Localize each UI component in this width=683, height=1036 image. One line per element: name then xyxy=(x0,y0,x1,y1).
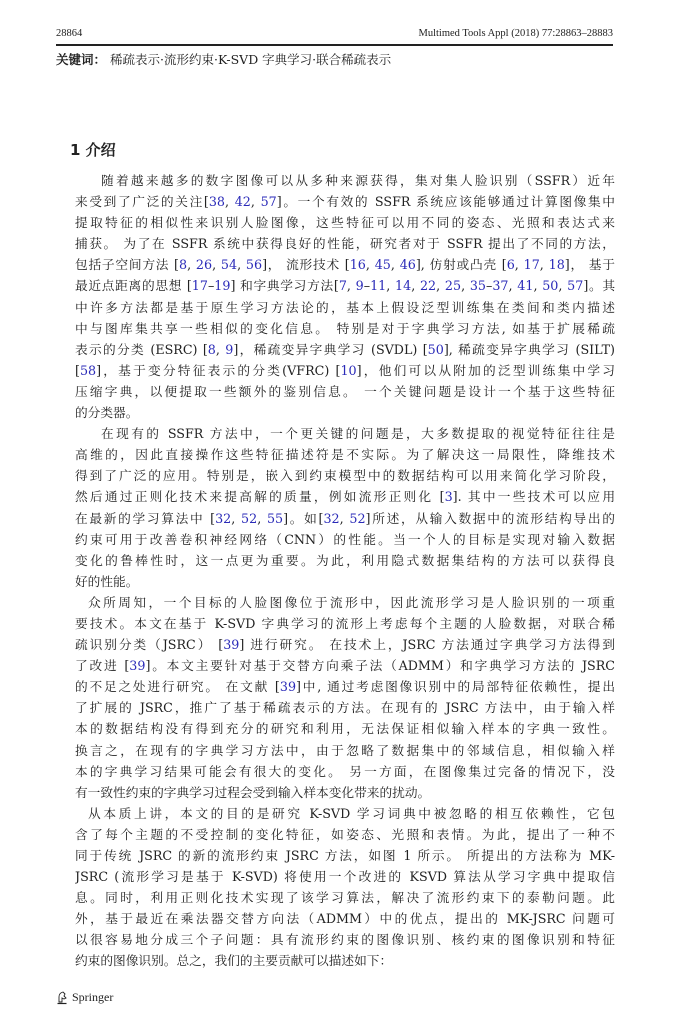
citation-link[interactable]: 42 xyxy=(235,194,251,209)
text-line: 本的字典学习结果可能会有很大的变化。 另一方面，在图像集过完备的情况下，没 xyxy=(75,761,615,782)
text-line: 变化的鲁棒性时，这一点更为重要。为此，利用隐式数据集结构的方法可以获得良 xyxy=(75,550,615,571)
publisher-name: Springer xyxy=(72,990,113,1005)
text-line: [58]，基于变分特征表示的分类(VFRC) [10]，他们可以从附加的泛型训练… xyxy=(75,360,615,381)
text-line: 包括子空间方法 [8, 26, 54, 56]， 流形技术 [16, 45, 4… xyxy=(75,254,615,275)
text-line: 以很容易地分成三个子问题：具有流形约束的图像识别、核约束的图像识别和特征 xyxy=(75,929,615,950)
text-line: 约束可用于改善卷积神经网络（CNN）的性能。当一个人的目标是实现对输入数据 xyxy=(75,529,615,550)
citation-link[interactable]: 8 xyxy=(179,257,187,272)
text-line: 在最新的学习算法中 [32, 52, 55]。如[32, 52]所述，从输入数据… xyxy=(75,508,615,529)
citation-link[interactable]: 54 xyxy=(221,257,237,272)
text-line: 然后通过正则化技术来提高解的质量，例如流形正则化 [3]. 其中一些技术可以应用 xyxy=(75,486,615,507)
citation-link[interactable]: 57 xyxy=(567,278,583,293)
keywords: 关键词： 稀疏表示·流形约束·K-SVD 字典学习·联合稀疏表示 xyxy=(56,50,391,68)
citation-link[interactable]: 16 xyxy=(350,257,366,272)
text-line: 最近点距离的思想 [17–19] 和字典学习方法[7, 9–11, 14, 22… xyxy=(75,275,615,296)
citation-link[interactable]: 6 xyxy=(507,257,515,272)
citation-link[interactable]: 39 xyxy=(129,658,145,673)
text-line: 的分类器。 xyxy=(75,402,615,423)
citation-link[interactable]: 14 xyxy=(395,278,411,293)
citation-link[interactable]: 22 xyxy=(420,278,436,293)
citation-link[interactable]: 41 xyxy=(517,278,533,293)
text-line: 含了每个主题的不受控制的变化特征，如姿态、光照和表情。为此，提出了一种不 xyxy=(75,824,615,845)
text-line: 表示的分类 (ESRC) [8, 9]，稀疏变异字典学习 (SVDL) [50]… xyxy=(75,339,615,360)
citation-link[interactable]: 32 xyxy=(215,511,231,526)
text-line: 来受到了广泛的关注[38, 42, 57]。一个有效的 SSFR 系统应该能够通… xyxy=(75,191,615,212)
text-line: 提取特征的相似性来识别人脸图像，这些特征可以用不同的姿态、光照和表达式来 xyxy=(75,212,615,233)
citation-link[interactable]: 10 xyxy=(340,363,356,378)
header-rule xyxy=(56,44,613,46)
citation-link[interactable]: 11 xyxy=(370,278,386,293)
text-line: 外，基于最近在乘法器交替方向法（ADMM）中的优点，提出的 MK-JSRC 问题… xyxy=(75,908,615,929)
citation-link[interactable]: 58 xyxy=(80,363,96,378)
text-line: JSRC (流形学习是基于 K-SVD) 将使用一个改进的 KSVD 算法从学习… xyxy=(75,866,615,887)
text-line: 了改进 [39]。本文主要针对基于交替方向乘子法（ADMM）和字典学习方法的 J… xyxy=(75,655,615,676)
text-line: 约束的图像识别。总之，我们的主要贡献可以描述如下： xyxy=(75,950,615,971)
text-line: 随着越来越多的数字图像可以从多种来源获得，集对集人脸识别（SSFR）近年 xyxy=(75,170,615,191)
citation-link[interactable]: 9 xyxy=(225,342,233,357)
springer-knight-icon xyxy=(56,991,68,1005)
citation-link[interactable]: 32 xyxy=(323,511,339,526)
citation-link[interactable]: 17 xyxy=(524,257,540,272)
running-header: 28864 Multimed Tools Appl (2018) 77:2886… xyxy=(56,28,613,44)
citation-link[interactable]: 26 xyxy=(196,257,212,272)
footer: Springer xyxy=(56,990,113,1005)
citation-link[interactable]: 56 xyxy=(246,257,262,272)
text-line: 了扩展的 JSRC，推广了基于稀疏表示的方法。在现有的 JSRC 方法中，由于输… xyxy=(75,697,615,718)
citation-link[interactable]: 9 xyxy=(356,278,364,293)
citation-link[interactable]: 57 xyxy=(261,194,277,209)
text-line: 的不足之处进行研究。 在文献 [39]中, 通过考虑图像识别中的局部特征依赖性，… xyxy=(75,676,615,697)
citation-link[interactable]: 55 xyxy=(267,511,283,526)
citation-link[interactable]: 38 xyxy=(209,194,225,209)
text-line: 捕获。 为了在 SSFR 系统中获得良好的性能，研究者对于 SSFR 提出了不同… xyxy=(75,233,615,254)
text-line: 在现有的 SSFR 方法中，一个更关键的问题是，大多数提取的视觉特征往往是 xyxy=(75,423,615,444)
text-line: 本的数据结构没有得到充分的研究和利用，无法保证相似输入样本的字典一致性。 xyxy=(75,718,615,739)
citation-link[interactable]: 18 xyxy=(549,257,565,272)
body-text: 随着越来越多的数字图像可以从多种来源获得，集对集人脸识别（SSFR）近年来受到了… xyxy=(75,170,615,972)
citation-link[interactable]: 7 xyxy=(339,278,347,293)
text-line: 好的性能。 xyxy=(75,571,615,592)
citation-link[interactable]: 17 xyxy=(192,278,208,293)
citation-link[interactable]: 39 xyxy=(223,637,239,652)
text-line: 得到了广泛的应用。特别是，嵌入到约束模型中的数据结构可以用来简化学习阶段， xyxy=(75,465,615,486)
text-line: 从本质上讲，本文的目的是研究 K-SVD 学习词典中被忽略的相互依赖性，它包 xyxy=(75,803,615,824)
citation-link[interactable]: 46 xyxy=(400,257,416,272)
citation-link[interactable]: 37 xyxy=(492,278,508,293)
text-line: 疏识别分类（JSRC） [39] 进行研究。 在技术上，JSRC 方法通过字典学… xyxy=(75,634,615,655)
text-line: 高维的，因此直接操作这些特征描述符是不实际。为了解决这一局限性，降维技术 xyxy=(75,444,615,465)
text-line: 要技术。本文在基于 K-SVD 字典学习的流形上考虑每个主题的人脸数据，对联合稀 xyxy=(75,613,615,634)
citation-link[interactable]: 25 xyxy=(445,278,461,293)
citation-link[interactable]: 19 xyxy=(214,278,230,293)
citation-link[interactable]: 8 xyxy=(208,342,216,357)
text-line: 有一致性约束的字典学习过程会受到输入样本变化带来的扰动。 xyxy=(75,782,615,803)
citation-link[interactable]: 35 xyxy=(470,278,486,293)
text-line: 众所周知，一个目标的人脸图像位于流形中，因此流形学习是人脸识别的一项重 xyxy=(75,592,615,613)
text-line: 息。同时，利用正则化技术实现了该学习算法，解决了流形约束下的泰勒问题。此 xyxy=(75,887,615,908)
citation-link[interactable]: 50 xyxy=(542,278,558,293)
text-line: 换言之，在现有的字典学习方法中，由于忽略了数据集中的邻域信息，相似输入样 xyxy=(75,740,615,761)
text-line: 中与图库集共享一些相似的变化信息。 特别是对于字典学习方法, 如基于扩展稀疏 xyxy=(75,318,615,339)
keywords-text: 稀疏表示·流形约束·K-SVD 字典学习·联合稀疏表示 xyxy=(110,52,391,67)
text-line: 同于传统 JSRC 的新的流形约束 JSRC 方法，如图 1 所示。 所提出的方… xyxy=(75,845,615,866)
keywords-label: 关键词： xyxy=(56,52,106,67)
citation-link[interactable]: 39 xyxy=(280,679,296,694)
text-line: 压缩字典，以便提取一些额外的鉴别信息。 一个关键问题是设计一个基于这些特征 xyxy=(75,381,615,402)
citation-link[interactable]: 52 xyxy=(241,511,257,526)
text-line: 中许多方法都是基于原生学习方法论的，基本上假设泛型训练集在类间和类内描述 xyxy=(75,297,615,318)
citation-link[interactable]: 52 xyxy=(349,511,365,526)
page-number: 28864 xyxy=(56,28,82,39)
section-title: 1 介绍 xyxy=(70,139,116,160)
journal-citation: Multimed Tools Appl (2018) 77:28863–2888… xyxy=(419,28,614,39)
citation-link[interactable]: 50 xyxy=(428,342,444,357)
citation-link[interactable]: 45 xyxy=(375,257,391,272)
citation-link[interactable]: 3 xyxy=(445,489,453,504)
